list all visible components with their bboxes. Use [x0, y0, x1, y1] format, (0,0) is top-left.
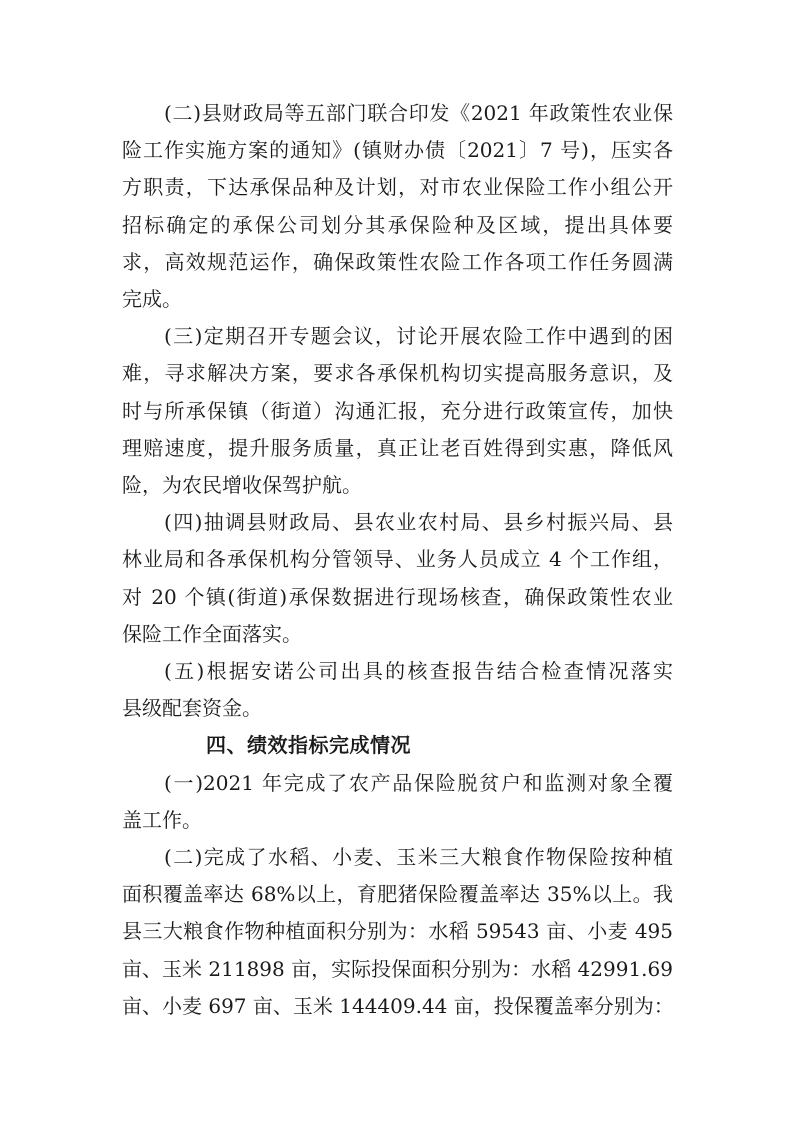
text-line: 保险工作全面落实。 — [122, 616, 673, 653]
section-heading-performance-indicators: 四、绩效指标完成情况 — [122, 727, 673, 764]
text-line: 县三大粮食作物种植面积分别为：水稻 59543 亩、小麦 495 — [122, 913, 673, 950]
text-line: 亩、小麦 697 亩、玉米 144409.44 亩，投保覆盖率分别为： — [122, 988, 673, 1025]
text-line: 难，寻求解决方案，要求各承保机构切实提高服务意识，及 — [122, 355, 673, 392]
document-page: (二)县财政局等五部门联合印发《2021 年政策性农业保 险工作实施方案的通知》… — [122, 95, 673, 1025]
paragraph-work-groups: (四)抽调县财政局、县农业农村局、县乡村振兴局、县 林业局和各承保机构分管领导、… — [122, 504, 673, 653]
paragraph-special-meetings: (三)定期召开专题会议，讨论开展农险工作中遇到的困 难，寻求解决方案，要求各承保… — [122, 318, 673, 504]
text-line: 县级配套资金。 — [122, 690, 673, 727]
text-line: 求，高效规范运作，确保政策性农险工作各项工作任务圆满 — [122, 244, 673, 281]
paragraph-county-finance-notice: (二)县财政局等五部门联合印发《2021 年政策性农业保 险工作实施方案的通知》… — [122, 95, 673, 318]
paragraph-matching-funds: (五)根据安诺公司出具的核查报告结合检查情况落实 县级配套资金。 — [122, 653, 673, 727]
paragraph-full-coverage: (一)2021 年完成了农产品保险脱贫户和监测对象全覆 盖工作。 — [122, 765, 673, 839]
text-line: 面积覆盖率达 68%以上，育肥猪保险覆盖率达 35%以上。我 — [122, 876, 673, 913]
text-line: (五)根据安诺公司出具的核查报告结合检查情况落实 — [122, 653, 673, 690]
text-line: 完成。 — [122, 281, 673, 318]
text-line: 林业局和各承保机构分管领导、业务人员成立 4 个工作组， — [122, 541, 673, 578]
text-line: (二)县财政局等五部门联合印发《2021 年政策性农业保 — [122, 95, 673, 132]
text-line: 盖工作。 — [122, 802, 673, 839]
heading-text: 四、绩效指标完成情况 — [122, 727, 673, 764]
text-line: 险，为农民增收保驾护航。 — [122, 467, 673, 504]
text-line: 险工作实施方案的通知》(镇财办债〔2021〕7 号)，压实各 — [122, 132, 673, 169]
text-line: (一)2021 年完成了农产品保险脱贫户和监测对象全覆 — [122, 765, 673, 802]
text-line: (三)定期召开专题会议，讨论开展农险工作中遇到的困 — [122, 318, 673, 355]
text-line: 理赔速度，提升服务质量，真正让老百姓得到实惠，降低风 — [122, 430, 673, 467]
text-line: 对 20 个镇(街道)承保数据进行现场核查，确保政策性农业 — [122, 579, 673, 616]
text-line: 亩、玉米 211898 亩，实际投保面积分别为：水稻 42991.69 — [122, 951, 673, 988]
text-line: 招标确定的承保公司划分其承保险种及区域，提出具体要 — [122, 207, 673, 244]
text-line: 方职责，下达承保品种及计划，对市农业保险工作小组公开 — [122, 169, 673, 206]
text-line: 时与所承保镇（街道）沟通汇报，充分进行政策宣传，加快 — [122, 393, 673, 430]
text-line: (二)完成了水稻、小麦、玉米三大粮食作物保险按种植 — [122, 839, 673, 876]
paragraph-crop-coverage-rates: (二)完成了水稻、小麦、玉米三大粮食作物保险按种植 面积覆盖率达 68%以上，育… — [122, 839, 673, 1025]
text-line: (四)抽调县财政局、县农业农村局、县乡村振兴局、县 — [122, 504, 673, 541]
